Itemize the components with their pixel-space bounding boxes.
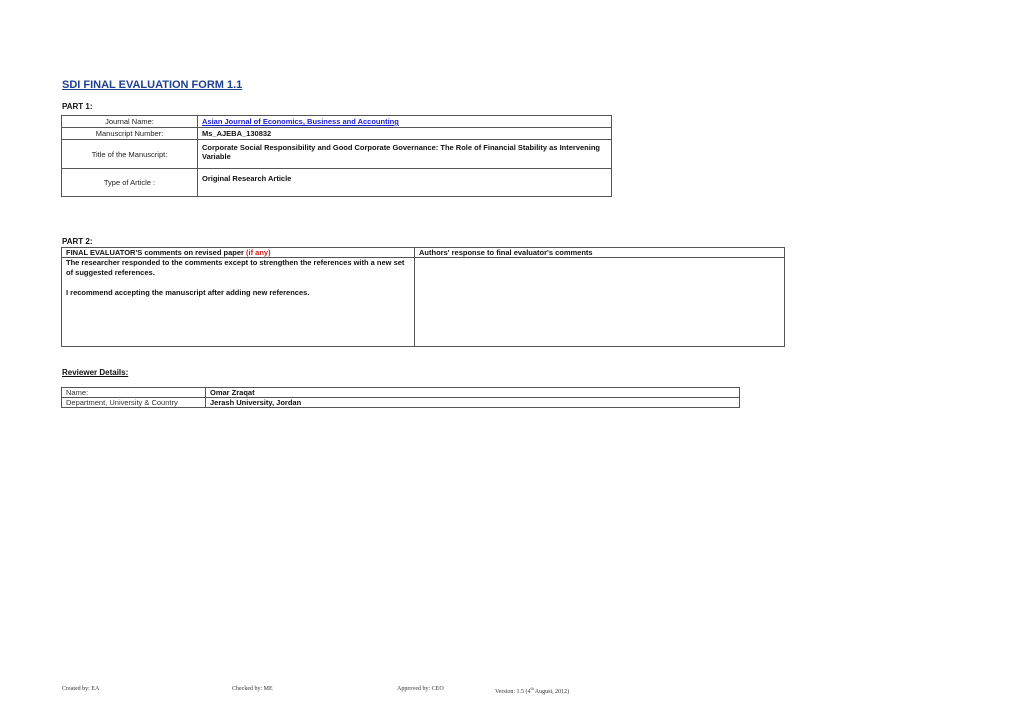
reviewer-name-label: Name: xyxy=(62,388,206,398)
reviewer-department-label: Department, University & Country xyxy=(62,398,206,408)
footer-checked-by: Checked by: ME xyxy=(232,686,273,692)
journal-name-link[interactable]: Asian Journal of Economics, Business and… xyxy=(202,117,399,126)
article-type-value: Original Research Article xyxy=(198,169,612,197)
reviewer-department-value: Jerash University, Jordan xyxy=(206,398,740,408)
table-row: Type of Article : Original Research Arti… xyxy=(62,169,612,197)
authors-response-cell[interactable] xyxy=(415,258,785,347)
footer-created-by: Created by: EA xyxy=(62,686,99,692)
part1-label: PART 1: xyxy=(62,102,93,111)
reviewer-details-table: Name: Omar Zraqat Department, University… xyxy=(61,387,740,408)
form-title: SDI FINAL EVALUATION FORM 1.1 xyxy=(62,79,242,91)
part2-label: PART 2: xyxy=(62,237,93,246)
table-row: Manuscript Number: Ms_AJEBA_130832 xyxy=(62,128,612,140)
manuscript-number-label: Manuscript Number: xyxy=(62,128,198,140)
table-row: Journal Name: Asian Journal of Economics… xyxy=(62,116,612,128)
reviewer-details-title: Reviewer Details: xyxy=(62,368,128,377)
table-row: Title of the Manuscript: Corporate Socia… xyxy=(62,140,612,169)
reviewer-name-value: Omar Zraqat xyxy=(206,388,740,398)
table-row: Department, University & Country Jerash … xyxy=(62,398,740,408)
footer-version: Version: 1.5 (4th August, 2012) xyxy=(495,686,569,695)
journal-name-label: Journal Name: xyxy=(62,116,198,128)
manuscript-info-table: Journal Name: Asian Journal of Economics… xyxy=(61,115,612,197)
manuscript-number-value: Ms_AJEBA_130832 xyxy=(198,128,612,140)
comment-text: The researcher responded to the comments… xyxy=(66,258,410,278)
authors-response-header: Authors' response to final evaluator's c… xyxy=(415,248,785,258)
if-any-note: (if any) xyxy=(246,248,271,257)
table-header-row: FINAL EVALUATOR'S comments on revised pa… xyxy=(62,248,785,258)
table-row: The researcher responded to the comments… xyxy=(62,258,785,347)
table-row: Name: Omar Zraqat xyxy=(62,388,740,398)
evaluation-comments-table: FINAL EVALUATOR'S comments on revised pa… xyxy=(61,247,785,347)
evaluator-comments-cell: The researcher responded to the comments… xyxy=(62,258,415,347)
article-type-label: Type of Article : xyxy=(62,169,198,197)
footer-approved-by: Approved by: CEO xyxy=(397,686,444,692)
manuscript-title-label: Title of the Manuscript: xyxy=(62,140,198,169)
evaluator-comments-header: FINAL EVALUATOR'S comments on revised pa… xyxy=(62,248,415,258)
manuscript-title-value: Corporate Social Responsibility and Good… xyxy=(198,140,612,169)
recommendation-text: I recommend accepting the manuscript aft… xyxy=(66,288,410,298)
